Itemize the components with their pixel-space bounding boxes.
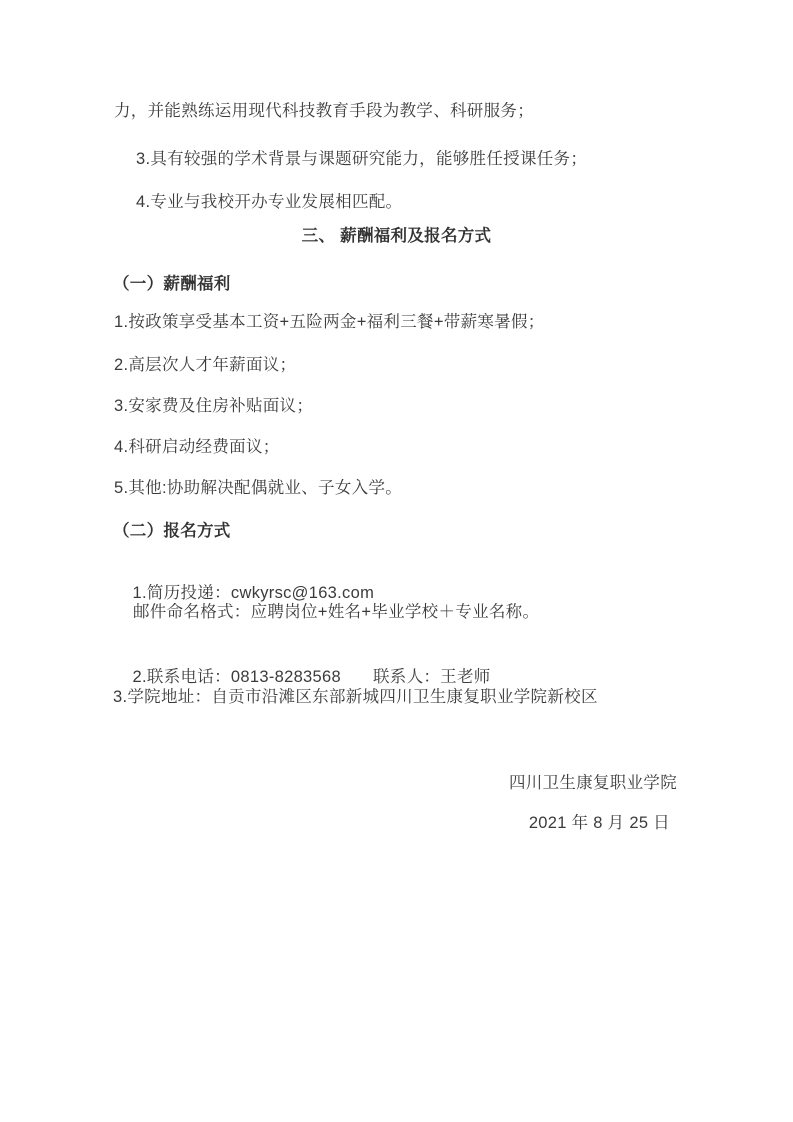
benefit-item-3: 3.安家费及住房补贴面议；: [114, 396, 313, 417]
benefit-item-4: 4.科研启动经费面议；: [114, 437, 280, 458]
section-heading: 三、 薪酬福利及报名方式: [114, 226, 679, 247]
resume-label: 1.简历投递：: [133, 584, 231, 602]
requirement-item-4: 4.专业与我校开办专业发展相匹配。: [136, 192, 402, 213]
benefit-item-2: 2.高层次人才年薪面议；: [114, 355, 296, 376]
email-format-note: 邮件命名格式：应聘岗位+姓名+毕业学校＋专业名称。: [133, 602, 539, 623]
signature-date: 2021 年 8 月 25 日: [529, 813, 670, 834]
email-address: cwkyrsc@163.com: [231, 584, 374, 602]
paragraph-continuation: 力，并能熟练运用现代科技教育手段为教学、科研服务；: [114, 101, 534, 122]
contact-name: 王老师: [440, 668, 490, 686]
phone-label: 2.联系电话：: [133, 668, 231, 686]
benefits-subheading: （一）薪酬福利: [113, 274, 231, 295]
requirement-item-3: 3.具有较强的学术背景与课题研究能力，能够胜任授课任务；: [136, 149, 587, 170]
phone-number: 0813-8283568: [231, 667, 341, 688]
address-line: 3.学院地址：自贡市沿滩区东部新城四川卫生康复职业学院新校区: [113, 687, 598, 708]
contact-label: 联系人：: [373, 668, 440, 686]
application-subheading: （二）报名方式: [113, 521, 231, 542]
benefit-item-5: 5.其他:协助解决配偶就业、子女入学。: [114, 478, 402, 499]
benefit-item-1: 1.按政策享受基本工资+五险两金+福利三餐+带薪寒暑假；: [114, 312, 545, 333]
document-page: 力，并能熟练运用现代科技教育手段为教学、科研服务； 3.具有较强的学术背景与课题…: [0, 0, 793, 1122]
signature-org: 四川卫生康复职业学院: [509, 773, 677, 794]
